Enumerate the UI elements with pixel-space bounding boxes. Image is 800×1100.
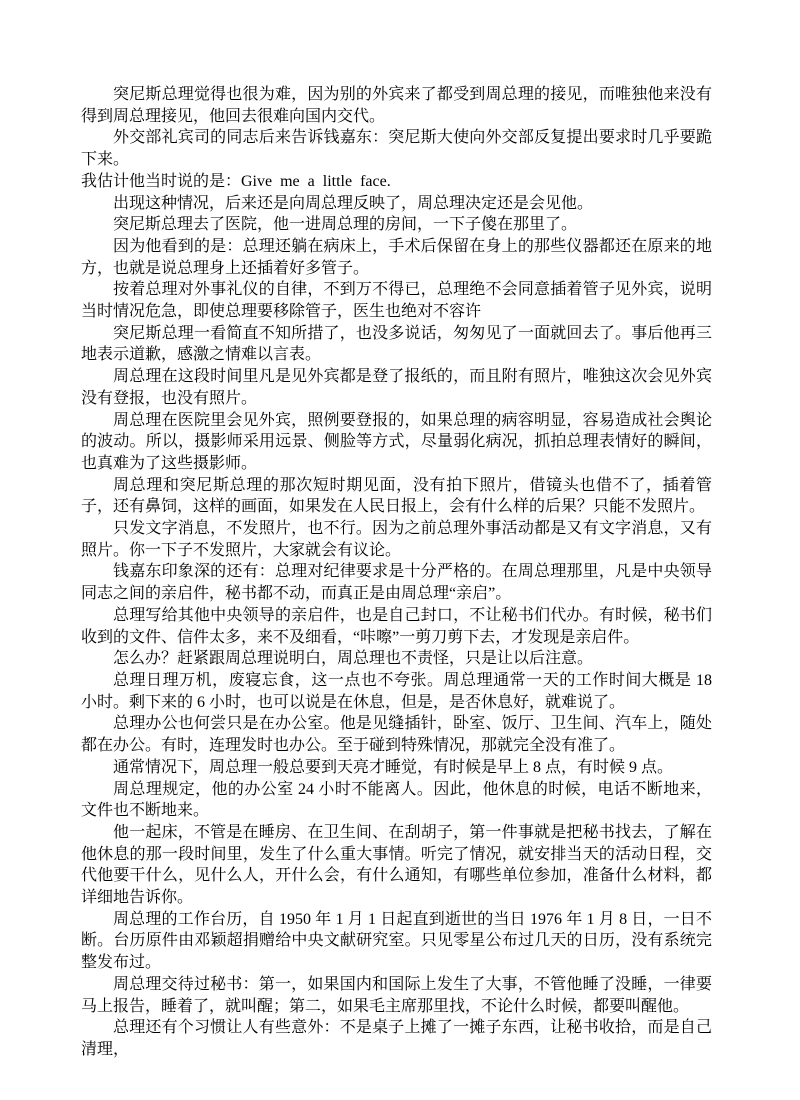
paragraph: 只发文字消息，不发照片，也不行。因为之前总理外事活动都是又有文字消息，又有照片。… bbox=[81, 518, 712, 561]
paragraph: 总理还有个习惯让人有些意外：不是桌子上摊了一摊子东西，让秘书收拾，而是自己清理， bbox=[81, 1017, 712, 1060]
paragraph: 按着总理对外事礼仪的自律，不到万不得已，总理绝不会同意插着管子见外宾，说明当时情… bbox=[81, 279, 712, 322]
paragraph: 突尼斯总理一看简直不知所措了，也没多说话，匆匆见了一面就回去了。事后他再三地表示… bbox=[81, 323, 712, 366]
paragraph: 外交部礼宾司的同志后来告诉钱嘉东：突尼斯大使向外交部反复提出要求时几乎要跪下来。 bbox=[81, 127, 712, 170]
paragraph: 他一起床，不管是在睡房、在卫生间、在刮胡子，第一件事就是把秘书找去，了解在他休息… bbox=[81, 822, 712, 909]
paragraph: 通常情况下，周总理一般总要到天亮才睡觉，有时候是早上 8 点，有时候 9 点。 bbox=[81, 757, 712, 779]
paragraph: 周总理交待过秘书：第一，如果国内和国际上发生了大事，不管他睡了没睡，一律要马上报… bbox=[81, 974, 712, 1017]
paragraph: 总理办公也何尝只是在办公室。他是见缝插针，卧室、饭厅、卫生间、汽车上，随处都在办… bbox=[81, 713, 712, 756]
paragraph: 周总理在这段时间里凡是见外宾都是登了报纸的，而且附有照片，唯独这次会见外宾没有登… bbox=[81, 366, 712, 409]
paragraph: 周总理在医院里会见外宾，照例要登报的，如果总理的病容明显，容易造成社会舆论的波动… bbox=[81, 410, 712, 475]
paragraph: 突尼斯总理去了医院，他一进周总理的房间，一下子傻在那里了。 bbox=[81, 214, 712, 236]
paragraph: 周总理和突尼斯总理的那次短时期见面，没有拍下照片，借镜头也借不了，插着管子，还有… bbox=[81, 475, 712, 518]
paragraph: 钱嘉东印象深的还有：总理对纪律要求是十分严格的。在周总理那里，凡是中央领导同志之… bbox=[81, 561, 712, 604]
paragraph: 总理写给其他中央领导的亲启件，也是自己封口，不让秘书们代办。有时候，秘书们收到的… bbox=[81, 605, 712, 648]
paragraph: 突尼斯总理觉得也很为难，因为别的外宾来了都受到周总理的接见，而唯独他来没有得到周… bbox=[81, 84, 712, 127]
paragraph: 总理日理万机，废寝忘食，这一点也不夸张。周总理通常一天的工作时间大概是 18 小… bbox=[81, 670, 712, 713]
paragraph: 周总理的工作台历，自 1950 年 1 月 1 日起直到逝世的当日 1976 年… bbox=[81, 909, 712, 974]
paragraph: 周总理规定，他的办公室 24 小时不能离人。因此，他休息的时候，电话不断地来，文… bbox=[81, 779, 712, 822]
paragraph: 出现这种情况，后来还是向周总理反映了，周总理决定还是会见他。 bbox=[81, 193, 712, 215]
document-text-body: 突尼斯总理觉得也很为难，因为别的外宾来了都受到周总理的接见，而唯独他来没有得到周… bbox=[81, 84, 712, 1061]
document-page: 突尼斯总理觉得也很为难，因为别的外宾来了都受到周总理的接见，而唯独他来没有得到周… bbox=[0, 0, 800, 1100]
paragraph: 我估计他当时说的是：Give me a little face. bbox=[81, 171, 712, 193]
paragraph: 因为他看到的是：总理还躺在病床上，手术后保留在身上的那些仪器都还在原来的地方，也… bbox=[81, 236, 712, 279]
paragraph: 怎么办？赶紧跟周总理说明白，周总理也不责怪，只是让以后注意。 bbox=[81, 648, 712, 670]
